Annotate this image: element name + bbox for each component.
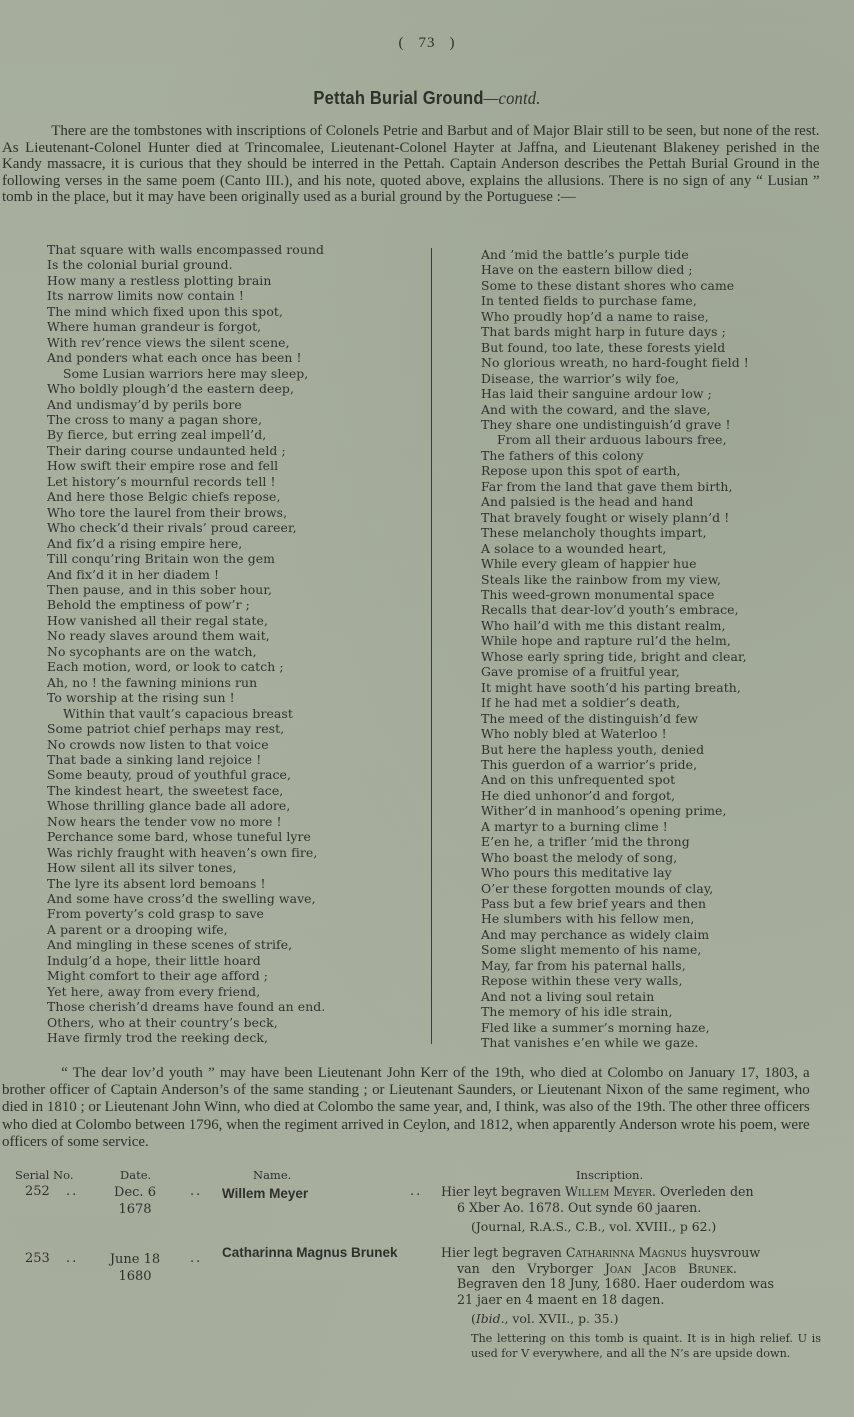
poem-left-column: That square with walls encompassed round…: [47, 242, 325, 1046]
poem-line: Ah, no ! the fawning minions run: [47, 675, 325, 690]
poem-line: Who proudly hop’d a name to raise,: [481, 309, 749, 324]
poem-line: This weed-grown monumental space: [481, 587, 749, 602]
poem-line: Disease, the warrior’s wily foe,: [481, 371, 749, 386]
poem-line: He died unhonor’d and forgot,: [481, 788, 749, 803]
intro-paragraph: There are the tombstones with inscriptio…: [2, 123, 820, 206]
poem-line: Now hears the tender vow no more !: [47, 814, 325, 829]
poem-line: But here the hapless youth, denied: [481, 742, 749, 757]
inscription-line-4: 21 jaer en 4 maent en 18 dagen.: [441, 1292, 821, 1308]
section-title-contd: —contd.: [484, 88, 541, 108]
poem-line: And here those Belgic chiefs repose,: [47, 489, 325, 504]
date-line-1: Dec. 6: [105, 1184, 165, 1201]
poem-line: Some patriot chief perhaps may rest,: [47, 721, 325, 736]
section-title-text: Pettah Burial Ground: [313, 88, 483, 108]
poem-line: Some Lusian warriors here may sleep,: [47, 366, 325, 381]
poem-line: And may perchance as widely claim: [481, 927, 749, 942]
poem-line: While every gleam of happier hue: [481, 556, 749, 571]
poem-right-column: And ’mid the battle’s purple tideHave on…: [481, 247, 749, 1051]
page-number-value: 73: [419, 35, 436, 51]
header-date: Date.: [120, 1168, 151, 1182]
serial-number: 253: [25, 1251, 50, 1266]
date-line-1: June 18: [105, 1251, 165, 1268]
poem-line: Perchance some bard, whose tuneful lyre: [47, 829, 325, 844]
poem-line: A solace to a wounded heart,: [481, 541, 749, 556]
poem-line: And undismay’d by perils bore: [47, 397, 325, 412]
poem-line: Where human grandeur is forgot,: [47, 319, 325, 334]
poem-line: A martyr to a burning clime !: [481, 819, 749, 834]
poem-line: The mind which fixed upon this spot,: [47, 304, 325, 319]
poem-line: Each motion, word, or look to catch ;: [47, 659, 325, 674]
poem-line: And ponders what each once has been !: [47, 350, 325, 365]
poem-line: Who check’d their rivals’ proud career,: [47, 520, 325, 535]
poem-line: To worship at the rising sun !: [47, 690, 325, 705]
paren-open: (: [399, 35, 405, 51]
date-line-2: 1680: [105, 1268, 165, 1285]
ref-ibid: Ibid.: [476, 1311, 505, 1326]
poem-line: That bards might harp in future days ;: [481, 324, 749, 339]
note-paragraph: “ The dear lov’d youth ” may have been L…: [2, 1064, 810, 1150]
poem-line: He slumbers with his fellow men,: [481, 911, 749, 926]
poem-line: While hope and rapture rul’d the helm,: [481, 633, 749, 648]
poem-line: No sycophants are on the watch,: [47, 644, 325, 659]
poem-line: Their daring course undaunted held ;: [47, 443, 325, 458]
date-line-2: 1678: [105, 1201, 165, 1218]
poem-line: Others, who at their country’s beck,: [47, 1015, 325, 1030]
poem-line: Repose upon this spot of earth,: [481, 463, 749, 478]
leader-dots: ..: [66, 1184, 78, 1199]
poem-line: By fierce, but erring zeal impell’d,: [47, 427, 325, 442]
poem-line: Indulg’d a hope, their little hoard: [47, 953, 325, 968]
page-number: (73): [0, 35, 854, 52]
inscription-husband-name: Joan Jacob Brunek: [605, 1261, 733, 1276]
poem-line: Till conqu’ring Britain won the gem: [47, 551, 325, 566]
poem-line: O’er these forgotten mounds of clay,: [481, 881, 749, 896]
poem-line: And on this unfrequented spot: [481, 772, 749, 787]
poem-line: And fix’d a rising empire here,: [47, 536, 325, 551]
leader-dots: ..: [410, 1184, 422, 1199]
poem-line: From all their arduous labours free,: [481, 432, 749, 447]
poem-line: Have on the eastern billow died ;: [481, 262, 749, 277]
header-name: Name.: [253, 1168, 291, 1182]
poem-line: That bade a sinking land rejoice !: [47, 752, 325, 767]
poem-line: May, far from his paternal halls,: [481, 958, 749, 973]
poem-line: Who nobly bled at Waterloo !: [481, 726, 749, 741]
poem-line: If he had met a soldier’s death,: [481, 695, 749, 710]
poem-line: E’en he, a trifler ’mid the throng: [481, 834, 749, 849]
poem-line: Wither’d in manhood’s opening prime,: [481, 803, 749, 818]
poem-line: Pass but a few brief years and then: [481, 896, 749, 911]
inscription-name: Willem Meyer: [565, 1184, 652, 1199]
poem-line: Have firmly trod the reeking deck,: [47, 1030, 325, 1045]
poem-line: Who pours this meditative lay: [481, 865, 749, 880]
poem-line: No glorious wreath, no hard-fought field…: [481, 355, 749, 370]
poem-line: And ’mid the battle’s purple tide: [481, 247, 749, 262]
poem-line: It might have sooth’d his parting breath…: [481, 680, 749, 695]
poem-line: The lyre its absent lord bemoans !: [47, 876, 325, 891]
ref-rest: , vol. XVII., p. 35.): [505, 1311, 619, 1326]
poem-line: The fathers of this colony: [481, 448, 749, 463]
inscription-line-3: Begraven den 18 Juny, 1680. Haer ouderdo…: [441, 1276, 821, 1292]
poem-line: Some to these distant shores who came: [481, 278, 749, 293]
poem-line: In tented fields to purchase fame,: [481, 293, 749, 308]
section-title: Pettah Burial Ground—contd.: [34, 88, 820, 109]
poem-line: And mingling in these scenes of strife,: [47, 937, 325, 952]
poem-line: And not a living soul retain: [481, 989, 749, 1004]
inscription-prefix: Hier leyt begraven: [441, 1184, 565, 1199]
poem-line: Then pause, and in this sober hour,: [47, 582, 325, 597]
inscription-line-2-prefix: van den Vryborger: [457, 1261, 605, 1276]
poem-line: Its narrow limits now contain !: [47, 288, 325, 303]
poem-line: Is the colonial burial ground.: [47, 257, 325, 272]
burial-date: Dec. 6 1678: [105, 1184, 165, 1218]
inscription-line-2: van den Vryborger Joan Jacob Brunek.: [441, 1261, 821, 1277]
poem-line: Whose early spring tide, bright and clea…: [481, 649, 749, 664]
inscription-continuation: 6 Xber Ao. 1678. Out synde 60 jaaren.: [441, 1200, 821, 1216]
poem-line: Who boast the melody of song,: [481, 850, 749, 865]
poem-line: These melancholy thoughts impart,: [481, 525, 749, 540]
poem-line: No ready slaves around them wait,: [47, 628, 325, 643]
poem-line: The cross to many a pagan shore,: [47, 412, 325, 427]
poem-line: Let history’s mournful records tell !: [47, 474, 325, 489]
source-reference: (Ibid., vol. XVII., p. 35.): [441, 1311, 821, 1327]
poem-line: Has laid their sanguine ardour low ;: [481, 386, 749, 401]
poem-line: From poverty’s cold grasp to save: [47, 906, 325, 921]
header-inscription: Inscription.: [576, 1168, 643, 1182]
poem-line: Was richly fraught with heaven’s own fir…: [47, 845, 325, 860]
poem-line: Far from the land that gave them birth,: [481, 479, 749, 494]
leader-dots: ..: [66, 1251, 78, 1266]
poem-line: With rev’rence views the silent scene,: [47, 335, 325, 350]
poem-line: But found, too late, these forests yield: [481, 340, 749, 355]
poem-line: How swift their empire rose and fell: [47, 458, 325, 473]
inscription-suffix: huysvrouw: [687, 1245, 760, 1260]
poem-line: They share one undistinguish’d grave !: [481, 417, 749, 432]
poem-line: Yet here, away from every friend,: [47, 984, 325, 999]
poem-line: And palsied is the head and hand: [481, 494, 749, 509]
poem-line: Behold the emptiness of pow’r ;: [47, 597, 325, 612]
poem-line: This guerdon of a warrior’s pride,: [481, 757, 749, 772]
poem-line: That square with walls encompassed round: [47, 242, 325, 257]
header-serial-no: Serial No.: [15, 1168, 74, 1182]
inscription-prefix: Hier legt begraven: [441, 1245, 566, 1260]
poem-line: No crowds now listen to that voice: [47, 737, 325, 752]
poem-line: Might comfort to their age afford ;: [47, 968, 325, 983]
poem-line: And fix’d it in her diadem !: [47, 567, 325, 582]
burial-date: June 18 1680: [105, 1251, 165, 1285]
poem-line: How silent all its silver tones,: [47, 860, 325, 875]
deceased-name: Catharinna Magnus Brunek: [222, 1245, 398, 1260]
poem-line: Those cherish’d dreams have found an end…: [47, 999, 325, 1014]
poem-line: The kindest heart, the sweetest face,: [47, 783, 325, 798]
inscription-suffix: . Overleden den: [652, 1184, 754, 1199]
deceased-name: Willem Meyer: [222, 1186, 308, 1201]
inscription-text: Hier legt begraven Catharinna Magnus huy…: [441, 1245, 821, 1362]
leader-dots: ..: [190, 1251, 202, 1266]
poem-line: And some have cross’d the swelling wave,: [47, 891, 325, 906]
poem-line: Who boldly plough’d the eastern deep,: [47, 381, 325, 396]
book-page: (73) Pettah Burial Ground—contd. There a…: [0, 0, 854, 1417]
poem-line: The memory of his idle strain,: [481, 1004, 749, 1019]
poem-line: That vanishes e’en while we gaze.: [481, 1035, 749, 1050]
poem-line: Who tore the laurel from their brows,: [47, 505, 325, 520]
poem-line: The meed of the distinguish’d few: [481, 711, 749, 726]
poem-line: Fled like a summer’s morning haze,: [481, 1020, 749, 1035]
poem-line: And with the coward, and the slave,: [481, 402, 749, 417]
poem-line: Some slight memento of his name,: [481, 942, 749, 957]
poem-line: Who hail’d with me this distant realm,: [481, 618, 749, 633]
poem-line: A parent or a drooping wife,: [47, 922, 325, 937]
source-reference: (Journal, R.A.S., C.B., vol. XVIII., p 6…: [441, 1219, 821, 1235]
inscription-text: Hier leyt begraven Willem Meyer. Overled…: [441, 1184, 821, 1235]
poem-line: Steals like the rainbow from my view,: [481, 572, 749, 587]
poem-line: Whose thrilling glance bade all adore,: [47, 798, 325, 813]
inscription-name: Catharinna Magnus: [566, 1245, 687, 1260]
poem-line: How many a restless plotting brain: [47, 273, 325, 288]
poem-line: Some beauty, proud of youthful grace,: [47, 767, 325, 782]
poem-line: Recalls that dear-lov’d youth’s embrace,: [481, 602, 749, 617]
poem-line: That bravely fought or wisely plann’d !: [481, 510, 749, 525]
paren-close: ): [450, 35, 456, 51]
column-divider: [431, 248, 432, 1044]
poem-line: Gave promise of a fruitful year,: [481, 664, 749, 679]
serial-number: 252: [25, 1184, 50, 1199]
poem-line: Repose within these very walls,: [481, 973, 749, 988]
leader-dots: ..: [190, 1184, 202, 1199]
poem-line: How vanished all their regal state,: [47, 613, 325, 628]
inscription-line-2-suffix: .: [733, 1261, 737, 1276]
tomb-remark: The lettering on this tomb is quaint. It…: [441, 1331, 821, 1362]
poem-line: Within that vault’s capacious breast: [47, 706, 325, 721]
